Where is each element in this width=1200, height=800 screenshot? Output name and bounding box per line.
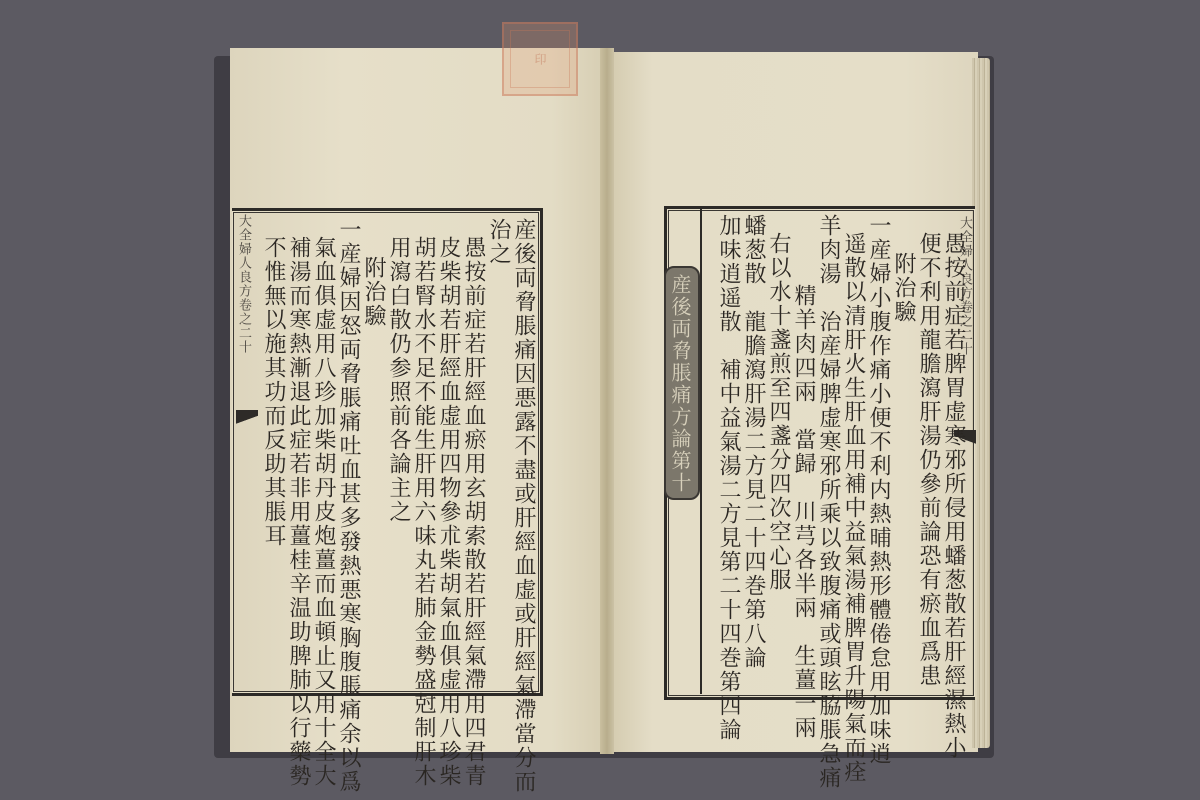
text-column: 一産婦小腹作痛小便不利内熱晡熱形體倦怠用加味逍 bbox=[866, 214, 891, 690]
text-column-heading: 附治驗 bbox=[361, 218, 386, 688]
book-gutter bbox=[600, 48, 614, 754]
text-column: 産後両脅脹痛因悪露不盡或肝經血虚或肝經氣滯當分而 bbox=[511, 218, 536, 688]
seal-text: 印 bbox=[510, 30, 570, 88]
text-column: 一産婦因怒両脅脹痛吐血甚多發熱悪寒胸腹脹痛余以爲 bbox=[336, 218, 361, 688]
text-column: 加味逍遥散 補中益氣湯二方見第二十四巻第四論 bbox=[716, 214, 741, 690]
text-column: 用瀉白散仍参照前各論主之 bbox=[386, 218, 411, 688]
text-column: 氣血俱虚用八珍加柴胡丹皮炮薑而血頓止又用十全大 bbox=[311, 218, 336, 688]
text-column: 愚按前症若肝經血瘀用玄胡索散若肝經氣滯用四君青 bbox=[461, 218, 486, 688]
text-column: 遥散以清肝火生肝血用補中益氣湯補脾胃升陽氣而痊 bbox=[841, 214, 866, 690]
text-column: 便不利用龍膽瀉肝湯仍參前論恐有瘀血爲患 bbox=[916, 214, 941, 690]
text-column: 羊肉湯 治産婦脾虚寒邪所乘以致腹痛或頭眩脇脹急痛 bbox=[816, 214, 841, 690]
text-column: 精羊肉四兩 當歸 川芎各半兩 生薑一兩 bbox=[791, 214, 816, 690]
right-page-text: 愚按前症若脾胃虚寒邪所侵用蟠葱散若肝經濕熱小 便不利用龍膽瀉肝湯仍參前論恐有瘀血… bbox=[672, 214, 966, 690]
text-column-heading: 附治驗 bbox=[891, 214, 916, 690]
left-page-text: 産後両脅脹痛因悪露不盡或肝經血虚或肝經氣滯當分而 治之 愚按前症若肝經血瘀用玄胡… bbox=[240, 218, 536, 688]
text-column: 右以水十盞煎至四盞分四次空心服 bbox=[766, 214, 791, 690]
text-column: 皮柴胡若肝經血虚用四物參朮柴胡氣血俱虚用八珍柴 bbox=[436, 218, 461, 688]
collector-seal: 印 bbox=[502, 22, 578, 96]
chapter-title-banner: 産後両脅脹痛方論第十 bbox=[664, 266, 700, 500]
text-column: 不惟無以施其功而反助其脹耳 bbox=[261, 218, 286, 688]
text-column: 愚按前症若脾胃虚寒邪所侵用蟠葱散若肝經濕熱小 bbox=[941, 214, 966, 690]
chapter-title: 産後両脅脹痛方論第十 bbox=[668, 274, 693, 494]
text-column: 補湯而寒熱漸退此症若非用薑桂辛温助脾肺以行藥勢 bbox=[286, 218, 311, 688]
text-column: 胡若腎水不足不能生肝用六味丸若肺金勢盛尅制肝木 bbox=[411, 218, 436, 688]
text-column: 蟠葱散 龍膽瀉肝湯二方見二十四巻第八論 bbox=[741, 214, 766, 690]
text-column: 治之 bbox=[486, 218, 511, 688]
